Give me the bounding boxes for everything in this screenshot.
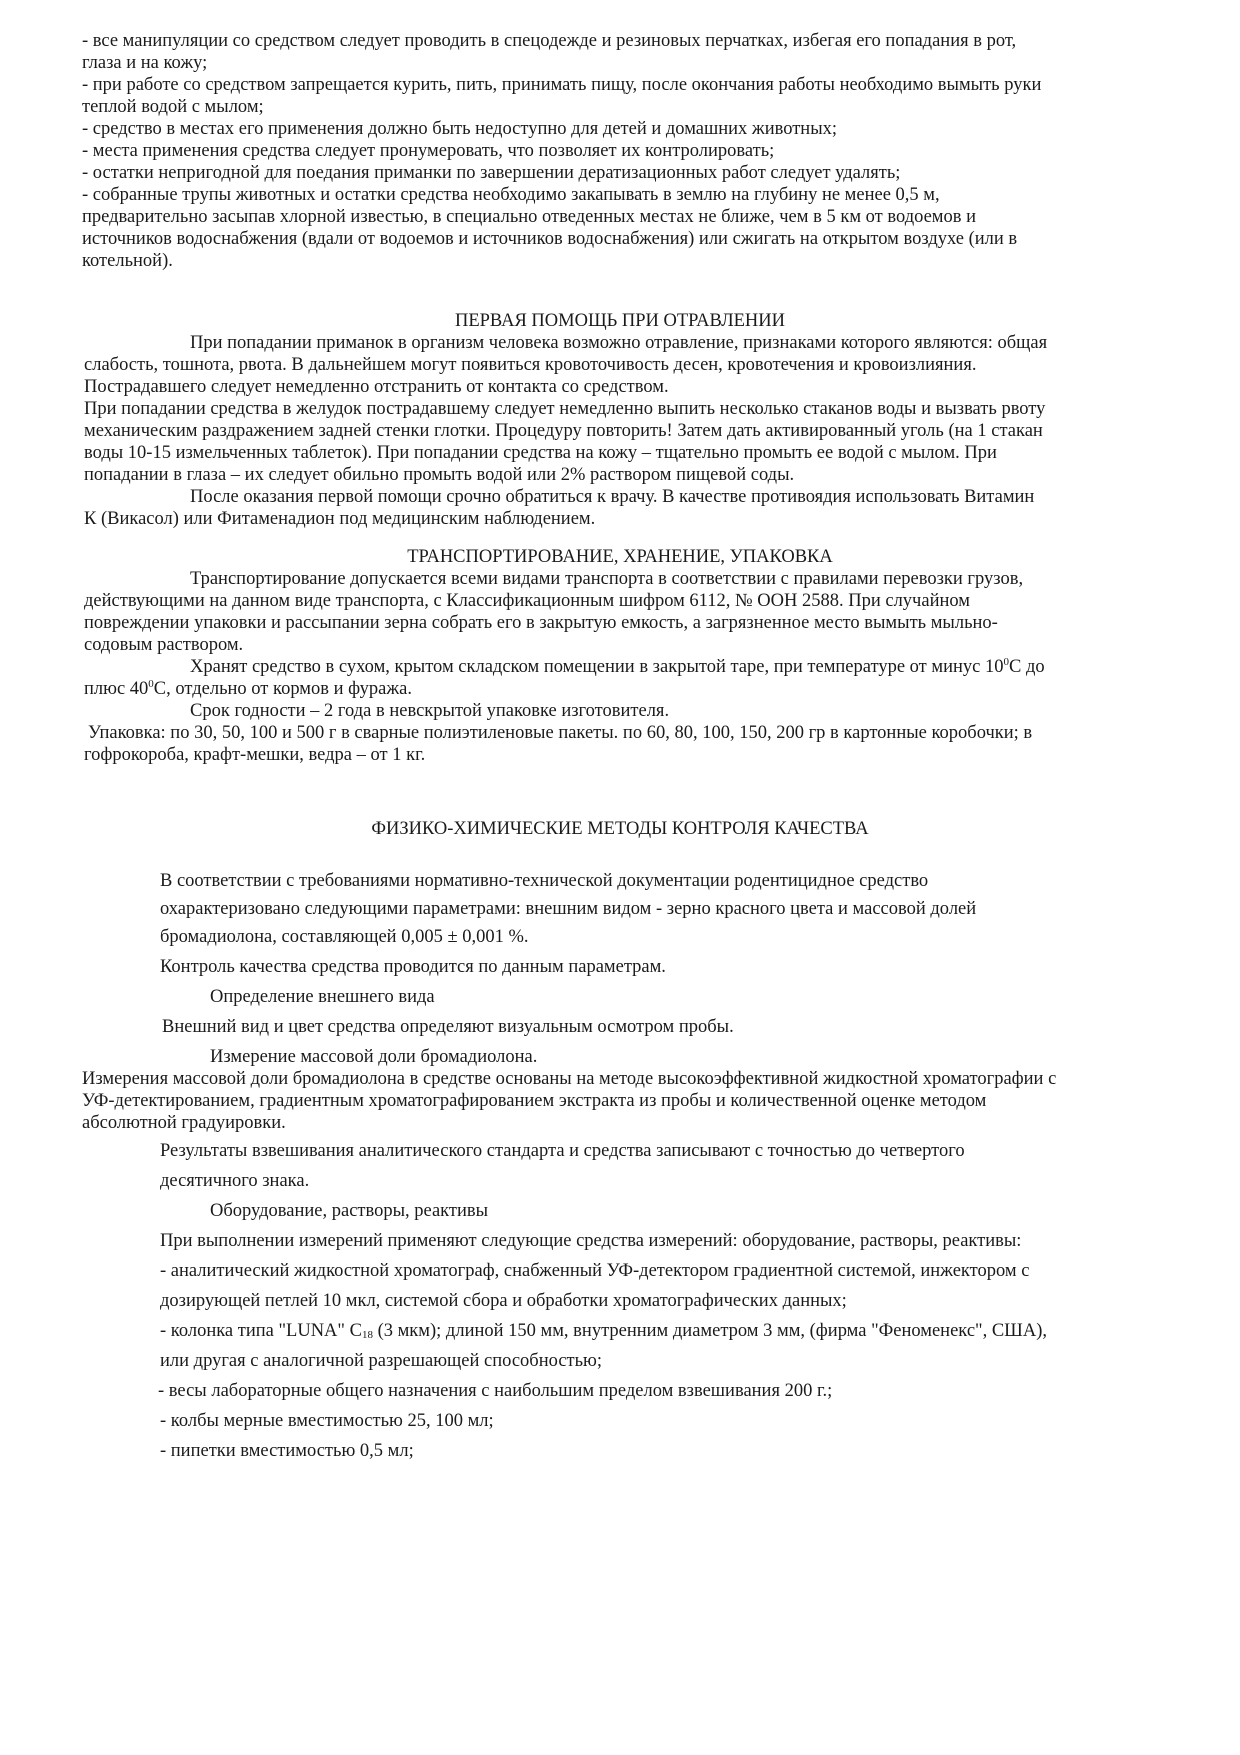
safety-item-1-line-1: - все манипуляции со средством следует п… (82, 30, 1016, 52)
safety-item-2-line-1: - при работе со средством запрещается ку… (82, 74, 1041, 96)
first-aid-line: Пострадавшего следует немедленно отстран… (84, 376, 669, 398)
storage-text: плюс 40 (84, 679, 148, 699)
equipment-chromatograph: дозирующей петлей 10 мкл, системой сбора… (160, 1290, 847, 1312)
first-aid-line: К (Викасол) или Фитаменадион под медицин… (84, 508, 595, 530)
quality-intro-line: охарактеризовано следующими параметрами:… (160, 898, 976, 920)
safety-item-2-line-2: теплой водой с мылом; (82, 96, 264, 118)
appearance-text: Внешний вид и цвет средства определяют в… (162, 1016, 734, 1038)
first-aid-line: При попадании средства в желудок пострад… (84, 398, 1045, 420)
appearance-heading: Определение внешнего вида (210, 986, 435, 1008)
equipment-intro: При выполнении измерений применяют следу… (160, 1230, 1021, 1252)
safety-item-6-line-2: предварительно засыпав хлорной известью,… (82, 206, 976, 228)
safety-item-3: - средство в местах его применения должн… (82, 118, 837, 140)
shelf-life: Срок годности – 2 года в невскрытой упак… (190, 700, 669, 722)
safety-item-4: - места применения средства следует прон… (82, 140, 774, 162)
first-aid-line: После оказания первой помощи срочно обра… (190, 486, 1034, 508)
measure-text-line: Измерения массовой доли бромадиолона в с… (82, 1068, 1056, 1090)
column-text: - колонка типа "LUNA" С (160, 1321, 362, 1341)
measure-text-line: УФ-детектированием, градиентным хроматог… (82, 1090, 986, 1112)
first-aid-title: ПЕРВАЯ ПОМОЩЬ ПРИ ОТРАВЛЕНИИ (0, 310, 1240, 332)
packaging-line: Упаковка: по 30, 50, 100 и 500 г в сварн… (88, 722, 1032, 744)
transport-title: ТРАНСПОРТИРОВАНИЕ, ХРАНЕНИЕ, УПАКОВКА (0, 546, 1240, 568)
equipment-pipettes: - пипетки вместимостью 0,5 мл; (160, 1440, 414, 1462)
transport-line: содовым раствором. (84, 634, 243, 656)
storage-text: Хранят средство в сухом, крытом складско… (190, 657, 1003, 677)
first-aid-line: механическим раздражением задней стенки … (84, 420, 1043, 442)
quality-control: Контроль качества средства проводится по… (160, 956, 666, 978)
storage-text: С до (1009, 657, 1045, 677)
safety-item-6-line-4: котельной). (82, 250, 173, 272)
equipment-column-2: или другая с аналогичной разрешающей спо… (160, 1350, 602, 1372)
first-aid-line: слабость, тошнота, рвота. В дальнейшем м… (84, 354, 976, 376)
first-aid-line: попадании в глаза – их следует обильно п… (84, 464, 794, 486)
quality-intro-line: В соответствии с требованиями нормативно… (160, 870, 928, 892)
storage-line-2: плюс 400С, отдельно от кормов и фуража. (84, 678, 412, 700)
equipment-flasks: - колбы мерные вместимостью 25, 100 мл; (160, 1410, 494, 1432)
weighing-line: десятичного знака. (160, 1170, 309, 1192)
first-aid-line: При попадании приманок в организм челове… (190, 332, 1047, 354)
safety-item-6-line-1: - собранные трупы животных и остатки сре… (82, 184, 940, 206)
storage-text: С, отдельно от кормов и фуража. (154, 679, 412, 699)
quality-intro-line: бромадиолона, составляющей 0,005 ± 0,001… (160, 926, 529, 948)
transport-line: повреждении упаковки и рассыпании зерна … (84, 612, 998, 634)
measure-text-line: абсолютной градуировки. (82, 1112, 286, 1134)
safety-item-6-line-3: источников водоснабжения (вдали от водое… (82, 228, 1017, 250)
safety-item-1-line-2: глаза и на кожу; (82, 52, 207, 74)
storage-line-1: Хранят средство в сухом, крытом складско… (190, 656, 1045, 678)
measure-heading: Измерение массовой доли бромадиолона. (210, 1046, 537, 1068)
quality-title: ФИЗИКО-ХИМИЧЕСКИЕ МЕТОДЫ КОНТРОЛЯ КАЧЕСТ… (0, 818, 1240, 840)
first-aid-line: воды 10-15 измельченных таблеток). При п… (84, 442, 997, 464)
equipment-chromatograph: - аналитический жидкостной хроматограф, … (160, 1260, 1029, 1282)
column-sub: 18 (362, 1329, 373, 1341)
equipment-column: - колонка типа "LUNA" С18 (3 мкм); длино… (160, 1320, 1047, 1342)
transport-line: Транспортирование допускается всеми вида… (190, 568, 1023, 590)
transport-line: действующими на данном виде транспорта, … (84, 590, 970, 612)
weighing-line: Результаты взвешивания аналитического ст… (160, 1140, 965, 1162)
column-text: (3 мкм); длиной 150 мм, внутренним диаме… (373, 1321, 1047, 1341)
equipment-heading: Оборудование, растворы, реактивы (210, 1200, 488, 1222)
safety-item-5: - остатки непригодной для поедания прима… (82, 162, 900, 184)
packaging-line: гофрокороба, крафт-мешки, ведра – от 1 к… (84, 744, 425, 766)
equipment-scales: - весы лабораторные общего назначения с … (158, 1380, 832, 1402)
